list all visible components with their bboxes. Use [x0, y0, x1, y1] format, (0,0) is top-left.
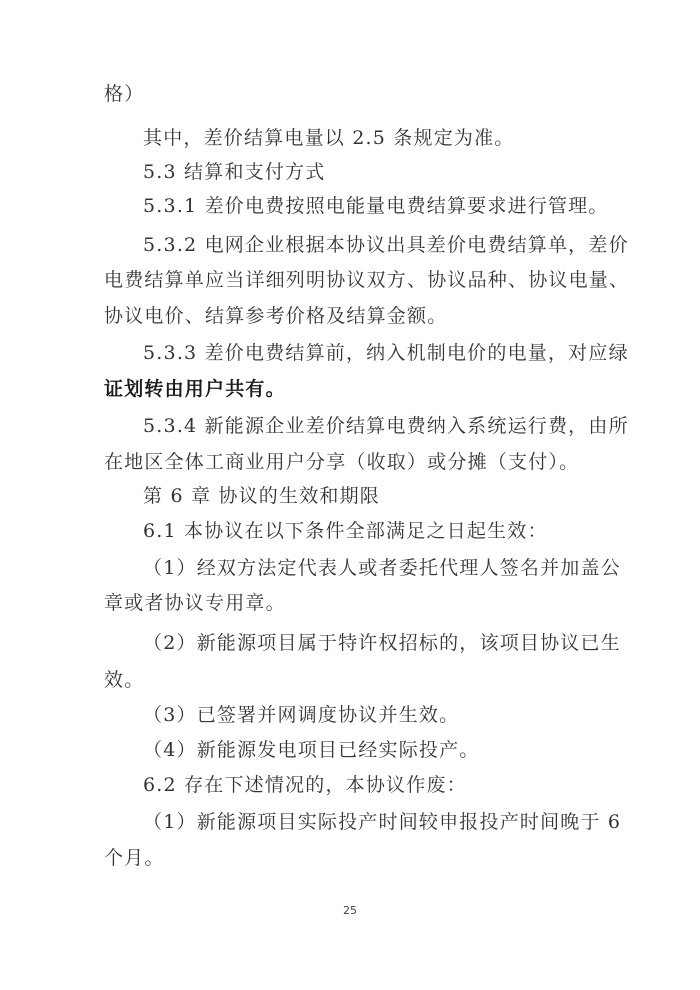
clause-6-2: 6.2 存在下述情况的，本协议作废：	[143, 773, 467, 797]
page-number: 25	[0, 904, 700, 917]
list-item: （1）经双方法定代表人或者委托代理人签名并加盖公	[143, 556, 621, 580]
text-line: 效。	[104, 668, 144, 692]
text-line: 证划转由用户共有。	[104, 377, 286, 401]
text-line: 章或者协议专用章。	[104, 591, 286, 615]
clause-5-3-3: 5.3.3 差价电费结算前，纳入机制电价的电量，对应绿	[143, 341, 629, 365]
list-item: （3）已签署并网调度协议并生效。	[143, 703, 459, 727]
section-heading: 5.3 结算和支付方式	[143, 160, 325, 184]
list-item: （2）新能源项目属于特许权招标的，该项目协议已生	[143, 631, 621, 655]
list-item: （1）新能源项目实际投产时间较申报投产时间晚于 6	[143, 810, 621, 834]
text-line: 在地区全体工商业用户分享（收取）或分摊（支付）。	[104, 450, 579, 474]
chapter-heading: 第 6 章 协议的生效和期限	[143, 484, 380, 508]
document-page: 格） 其中，差价结算电量以 2.5 条规定为准。 5.3 结算和支付方式 5.3…	[0, 0, 700, 990]
list-item: （4）新能源发电项目已经实际投产。	[143, 738, 480, 762]
text-line: 电费结算单应当详细列明协议双方、协议品种、协议电量、	[104, 268, 629, 292]
text-line: 其中，差价结算电量以 2.5 条规定为准。	[143, 126, 515, 150]
clause-5-3-1: 5.3.1 差价电费按照电能量电费结算要求进行管理。	[143, 194, 609, 218]
text-line: 格）	[104, 82, 144, 106]
text-line: 个月。	[104, 846, 165, 870]
clause-5-3-4: 5.3.4 新能源企业差价结算电费纳入系统运行费，由所	[143, 414, 629, 438]
clause-6-1: 6.1 本协议在以下条件全部满足之日起生效：	[143, 519, 548, 543]
clause-5-3-2: 5.3.2 电网企业根据本协议出具差价电费结算单，差价	[143, 233, 629, 257]
text-line: 协议电价、结算参考价格及结算金额。	[104, 304, 447, 328]
